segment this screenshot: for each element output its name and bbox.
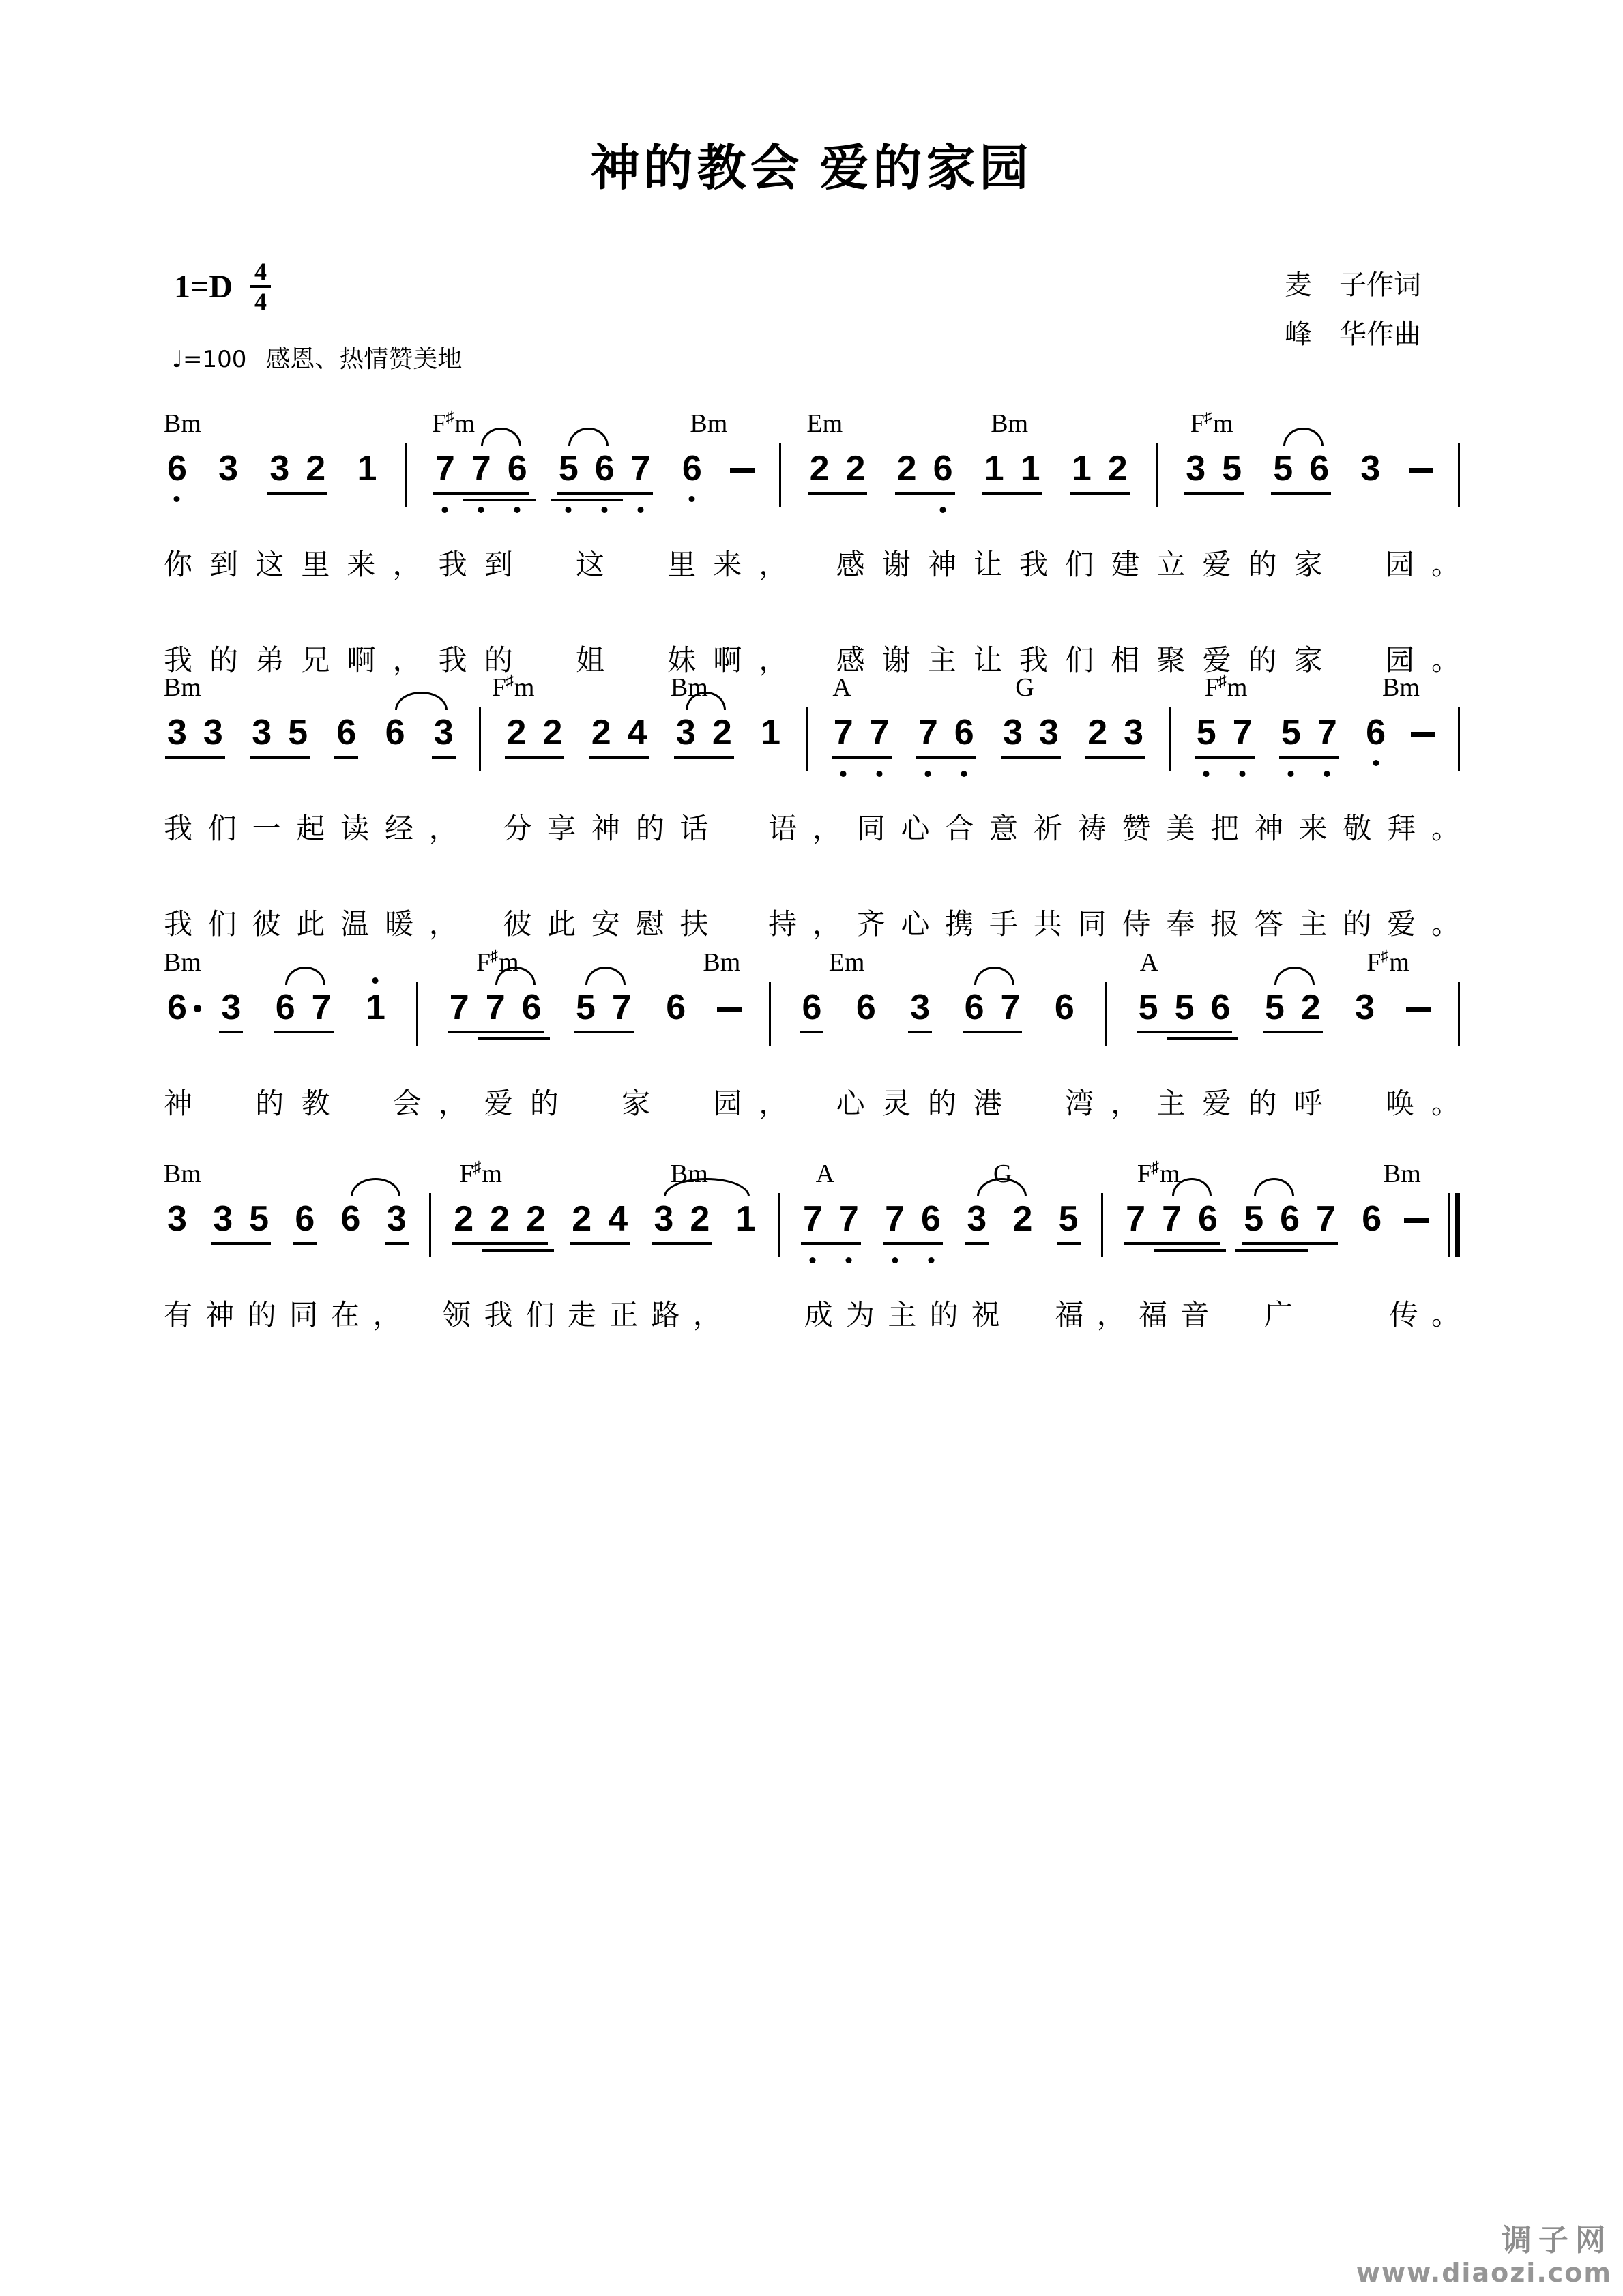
note-digit: 5 (1197, 713, 1216, 752)
note-digit: 2 (897, 449, 917, 488)
note: 7 (1314, 713, 1341, 752)
chord-label: A (816, 1159, 834, 1189)
note-digit: 7 (631, 449, 651, 488)
low-octave-dot (1288, 771, 1294, 777)
beam-group: 23 (1084, 713, 1147, 752)
eighth-beam (219, 1031, 243, 1033)
note: 7 (881, 1200, 908, 1238)
note: 5 (1240, 1200, 1267, 1238)
note-digit: 6 (522, 988, 542, 1027)
note: 5 (246, 1200, 272, 1238)
beam-group: 567 (1240, 1200, 1339, 1238)
sharp-sign: ♯ (445, 409, 454, 426)
beam-group: 57 (572, 988, 635, 1027)
beam-group: 76 (915, 713, 978, 752)
beam-group: 776 (432, 450, 531, 488)
note-digit: 2 (712, 713, 732, 752)
note: 5 (572, 988, 599, 1027)
note-digit: 2 (690, 1199, 710, 1239)
credits: 麦 子作词 峰 华作曲 (1285, 261, 1421, 359)
beam-group: 776 (1122, 1200, 1221, 1238)
note: 1 (733, 1200, 759, 1238)
note-digit: 3 (1360, 449, 1380, 488)
eighth-beam (674, 756, 734, 759)
note-digit: 2 (1012, 1199, 1032, 1239)
note-digit: 3 (203, 713, 223, 752)
note-digit: 2 (306, 449, 325, 488)
note-digit: 6 (385, 713, 405, 752)
barline (1169, 707, 1171, 771)
note: 2 (523, 1200, 549, 1238)
note-digit: 7 (870, 713, 890, 752)
note: 6 (382, 713, 409, 752)
beam-group: 56 (1270, 450, 1332, 488)
note-digit: 3 (1039, 713, 1059, 752)
beam-group: 57 (1278, 713, 1341, 752)
lyrics-line: 我们一起读经， 分享神的话 语，同心合意祈祷赞美把神来敬拜。 (164, 808, 1460, 895)
note: 3 (1120, 713, 1147, 752)
note: 3 (1351, 988, 1378, 1027)
chord-label: Bm (164, 947, 201, 977)
chord-label: Bm (1382, 673, 1420, 703)
low-octave-dot (1373, 760, 1379, 766)
note-digit: 2 (572, 1199, 591, 1239)
low-octave-dot (940, 507, 946, 513)
note: 6 (930, 450, 956, 488)
watermark-site-url: www.diaozi.com (1356, 2258, 1612, 2288)
watermark-site-name: 调子网 (1356, 2224, 1612, 2258)
eighth-beam (211, 1242, 271, 1245)
note-digit: 1 (984, 449, 1004, 488)
note-digit: 2 (1301, 988, 1321, 1027)
note-digit: 6 (1309, 449, 1329, 488)
final-double-barline (1448, 1193, 1460, 1257)
sixteenth-beam (551, 499, 587, 501)
note-row: 6332177656762226111235563 (164, 450, 1460, 520)
note-digit: 6 (1198, 1199, 1218, 1239)
note: 2 (450, 1200, 477, 1238)
note-digit: 1 (736, 1199, 756, 1239)
beam-group: 67 (272, 988, 335, 1027)
chord-label: Bm (1384, 1159, 1421, 1189)
note: 3 (1182, 450, 1209, 488)
note: 7 (1229, 713, 1256, 752)
low-octave-dot (928, 1257, 934, 1263)
low-octave-dot (514, 507, 521, 513)
sharp-sign: ♯ (1380, 947, 1388, 965)
note: 7 (1158, 1200, 1185, 1238)
note-digit: 5 (1244, 1199, 1263, 1239)
note: 2 (588, 713, 615, 752)
note: 2 (503, 713, 530, 752)
note-digit: 3 (167, 1199, 187, 1239)
eighth-beam (895, 492, 955, 495)
beam-group: 57 (1193, 713, 1256, 752)
note: 6 (591, 450, 618, 488)
beam-group: 11 (981, 450, 1044, 488)
note-digit: 6 (341, 1199, 361, 1239)
low-octave-dot (442, 507, 448, 513)
chord-label: F♯m (459, 1159, 502, 1189)
low-octave-dot (810, 1257, 816, 1263)
low-octave-dot (846, 1257, 852, 1263)
note-digit: 7 (885, 1199, 905, 1239)
note-digit: 3 (221, 988, 241, 1027)
low-octave-dot (925, 771, 931, 777)
note-digit: 7 (450, 988, 469, 1027)
beam-group: 35 (248, 713, 311, 752)
note: 7 (997, 988, 1024, 1027)
note: 6 (164, 988, 190, 1027)
eighth-beam (965, 1242, 989, 1245)
time-signature-numerator: 4 (250, 259, 271, 288)
note: 5 (1261, 988, 1288, 1027)
sharp-sign: ♯ (506, 673, 514, 690)
eighth-beam (385, 1242, 409, 1245)
chord-label: A (1140, 947, 1158, 977)
sixteenth-beam (478, 1037, 514, 1040)
eighth-beam (800, 1031, 824, 1033)
note-digit: 6 (336, 713, 356, 752)
note: 2 (894, 450, 920, 488)
sixteenth-beam (1190, 1249, 1226, 1252)
chord-label: G (1015, 673, 1034, 703)
duration-dash (1411, 732, 1435, 737)
beam-group: 24 (588, 713, 651, 752)
eighth-beam (165, 756, 225, 759)
low-octave-dot (961, 771, 967, 777)
eighth-beam (982, 492, 1042, 495)
eighth-beam (963, 1031, 1023, 1033)
low-octave-dot (478, 507, 484, 513)
note: 1 (1017, 450, 1044, 488)
beam-group: 24 (568, 1200, 631, 1238)
eighth-beam (570, 1242, 630, 1245)
note: 2 (1084, 713, 1111, 752)
note: 2 (709, 713, 735, 752)
chord-label: Bm (690, 409, 727, 439)
low-octave-dot (1240, 771, 1246, 777)
note: 6 (1358, 1200, 1385, 1238)
music-system-3: BmF♯mBmEmAF♯m63671776576663676556523神 的教… (164, 938, 1460, 1170)
note: 6 (291, 1200, 318, 1238)
lyrics-line: 有神的同在， 领我们走正路， 成为主的祝 福，福音 广 传。 (164, 1294, 1460, 1381)
beam-group: 35 (209, 1200, 272, 1238)
note: 3 (907, 988, 933, 1027)
note-digit: 5 (1265, 988, 1285, 1027)
note: 6 (272, 988, 299, 1027)
beam-group: 12 (1068, 450, 1131, 488)
note-digit: 5 (1139, 988, 1158, 1027)
beam-group: 76 (881, 1200, 944, 1238)
eighth-beam (652, 1242, 712, 1245)
note: 3 (164, 713, 190, 752)
eighth-beam (808, 492, 868, 495)
note-digit: 6 (167, 988, 187, 1027)
note-digit: 3 (252, 713, 272, 752)
chord-label: F♯m (432, 409, 475, 439)
barline (779, 443, 781, 507)
duration-dash (717, 1007, 742, 1012)
eighth-beam (1137, 1031, 1233, 1033)
note-digit: 2 (845, 449, 865, 488)
note-digit: 6 (276, 988, 295, 1027)
note: 6 (1306, 450, 1332, 488)
note: 2 (1009, 1200, 1036, 1238)
sharp-sign: ♯ (1151, 1159, 1159, 1177)
low-octave-dot (1203, 771, 1210, 777)
note-digit: 6 (682, 449, 702, 488)
chord-label: F♯m (1205, 673, 1248, 703)
beam-group: 32 (650, 1200, 713, 1238)
low-octave-dot (602, 507, 608, 513)
low-octave-dot (877, 771, 883, 777)
note-digit: 5 (249, 1199, 269, 1239)
time-signature: 4 4 (250, 259, 271, 314)
sixteenth-beam (1272, 1249, 1308, 1252)
beam-group: 33 (999, 713, 1062, 752)
note: 5 (555, 450, 582, 488)
barline (416, 982, 418, 1046)
note: 6 (504, 450, 531, 488)
eighth-beam (832, 756, 892, 759)
chord-label: Bm (703, 947, 740, 977)
sixteenth-beam (499, 499, 536, 501)
low-octave-dot (1324, 771, 1330, 777)
beam-group: 52 (1261, 988, 1324, 1027)
note: 6 (961, 988, 988, 1027)
barline (1458, 982, 1460, 1046)
note-digit: 2 (810, 449, 830, 488)
beam-group: 567 (555, 450, 654, 488)
watermark: 调子网 www.diaozi.com (1356, 2224, 1612, 2288)
composer-credit: 峰 华作曲 (1285, 310, 1421, 359)
note: 5 (1135, 988, 1162, 1027)
note: 1 (362, 988, 389, 1027)
eighth-beam (448, 1031, 544, 1033)
note: 6 (338, 1200, 364, 1238)
note: 2 (302, 450, 329, 488)
note-digit: 7 (312, 988, 332, 1027)
sixteenth-beam (1235, 1249, 1272, 1252)
chord-label: F♯m (1137, 1159, 1180, 1189)
note: 1 (1068, 450, 1095, 488)
barline (806, 707, 808, 771)
note-digit: 5 (1175, 988, 1195, 1027)
barline (1156, 443, 1158, 507)
note: 3 (650, 1200, 677, 1238)
music-system-4: BmF♯mBmAGF♯mBm33566322224321777632577656… (164, 1149, 1460, 1381)
note: 2 (486, 1200, 513, 1238)
sixteenth-beam (1203, 1037, 1239, 1040)
note: 6 (679, 450, 705, 488)
note: 2 (806, 450, 833, 488)
note: 5 (1218, 450, 1245, 488)
duration-dash (1404, 1218, 1429, 1223)
note-digit: 2 (454, 1199, 473, 1239)
note-digit: 2 (542, 713, 562, 752)
note: 3 (1357, 450, 1384, 488)
eighth-beam (1242, 1242, 1338, 1245)
sixteenth-beam (514, 1037, 550, 1040)
high-octave-dot (372, 977, 379, 984)
note: 7 (308, 988, 335, 1027)
note: 3 (430, 713, 457, 752)
note-digit: 2 (507, 713, 527, 752)
note-row: 63671776576663676556523 (164, 988, 1460, 1059)
note: 3 (266, 450, 293, 488)
low-octave-dot (840, 771, 847, 777)
note: 7 (468, 450, 495, 488)
note-digit: 2 (591, 713, 611, 752)
barline (1105, 982, 1107, 1046)
sixteenth-beam (1154, 1249, 1190, 1252)
beam-group: 67 (961, 988, 1024, 1027)
note-digit: 6 (167, 449, 187, 488)
lyrics-line: 你到这里来，我到 这 里来， 感谢神让我们建立爱的家 园。 (164, 544, 1460, 631)
sharp-sign: ♯ (473, 1159, 481, 1177)
note: 5 (1055, 1200, 1082, 1238)
key-signature: 1=D (174, 268, 233, 306)
barline (778, 1193, 780, 1257)
note-digit: 2 (490, 1199, 510, 1239)
note: 4 (604, 1200, 631, 1238)
duration-dash (730, 468, 755, 473)
note-digit: 1 (1021, 449, 1040, 488)
sixteenth-beam (463, 499, 499, 501)
note-digit: 3 (387, 1199, 407, 1239)
note: 6 (1208, 988, 1234, 1027)
note: 7 (1122, 1200, 1149, 1238)
chord-label: F♯m (1366, 947, 1409, 977)
chord-label: Em (829, 947, 865, 977)
note: 6 (853, 988, 879, 1027)
note: 3 (999, 713, 1026, 752)
note-digit: 6 (295, 1199, 315, 1239)
barline (1458, 443, 1460, 507)
note: 3 (215, 450, 242, 488)
eighth-beam (1070, 492, 1130, 495)
note-digit: 6 (921, 1199, 941, 1239)
eighth-beam (334, 756, 358, 759)
eighth-beam (505, 756, 565, 759)
beam-group: 77 (830, 713, 893, 752)
eighth-beam (1195, 756, 1255, 759)
note-digit: 7 (471, 449, 491, 488)
note-digit: 6 (1211, 988, 1231, 1027)
beam-group: 32 (673, 713, 735, 752)
sharp-sign: ♯ (1218, 673, 1227, 690)
note-digit: 7 (1317, 713, 1337, 752)
note: 7 (830, 713, 857, 752)
barline (405, 443, 407, 507)
note: 7 (446, 988, 473, 1027)
expression-text: 感恩、热情赞美地 (265, 340, 462, 374)
duration-dash (1406, 1007, 1431, 1012)
note-digit: 7 (435, 449, 455, 488)
note-digit: 3 (269, 449, 289, 488)
note-digit: 3 (1186, 449, 1205, 488)
note-digit: 7 (1001, 988, 1021, 1027)
chord-label: Bm (164, 1159, 201, 1189)
chord-label: A (832, 673, 851, 703)
note: 3 (963, 1200, 990, 1238)
low-octave-dot (689, 496, 695, 502)
eighth-beam (1263, 1031, 1323, 1033)
lyricist-credit: 麦 子作词 (1285, 261, 1421, 310)
sixteenth-beam (518, 1249, 554, 1252)
note: 5 (1171, 988, 1198, 1027)
eighth-beam (267, 492, 327, 495)
note-digit: 6 (1280, 1199, 1300, 1239)
note-digit: 1 (366, 988, 385, 1027)
barline (479, 707, 481, 771)
note: 3 (673, 713, 699, 752)
eighth-beam (1279, 756, 1339, 759)
note-digit: 7 (1126, 1199, 1145, 1239)
note: 7 (432, 450, 458, 488)
note: 5 (284, 713, 311, 752)
note-digit: 3 (1355, 988, 1375, 1027)
chord-row: BmF♯mBmEmAF♯m (164, 938, 1460, 977)
note-digit: 1 (357, 449, 377, 488)
note: 6 (918, 1200, 944, 1238)
note: 6 (662, 988, 689, 1027)
augmentation-dot (194, 1005, 201, 1012)
sheet-music-page: 神的教会 爱的家园 1=D 4 4 ♩=100 感恩、热情赞美地 麦 子作词 峰… (0, 0, 1623, 2296)
note: 6 (1276, 1200, 1303, 1238)
eighth-beam (1085, 756, 1145, 759)
note-digit: 3 (1124, 713, 1143, 752)
chord-label: F♯m (492, 673, 535, 703)
chord-label: Bm (991, 409, 1028, 439)
note: 3 (200, 713, 226, 752)
note: 6 (1051, 988, 1078, 1027)
note: 2 (1105, 450, 1131, 488)
eighth-beam (1057, 1242, 1081, 1245)
note: 1 (353, 450, 380, 488)
note: 3 (218, 988, 244, 1027)
note: 6 (164, 450, 190, 488)
note-digit: 6 (1055, 988, 1074, 1027)
barline (429, 1193, 431, 1257)
beam-group: 35 (1182, 450, 1245, 488)
low-octave-dot (892, 1257, 898, 1263)
note-digit: 7 (1162, 1199, 1182, 1239)
note-digit: 4 (628, 713, 647, 752)
sixteenth-beam (482, 1249, 518, 1252)
time-signature-denominator: 4 (254, 288, 267, 314)
note-digit: 3 (213, 1199, 233, 1239)
tempo-marking: ♩=100 (172, 346, 246, 373)
note-row: 333566322243217776332357576 (164, 713, 1460, 784)
note-digit: 6 (954, 713, 974, 752)
note-digit: 3 (676, 713, 696, 752)
note-digit: 1 (761, 713, 780, 752)
note-digit: 4 (608, 1199, 628, 1239)
note: 7 (866, 713, 893, 752)
eighth-beam (908, 1031, 932, 1033)
note: 6 (1362, 713, 1389, 752)
note-digit: 6 (508, 449, 527, 488)
note-digit: 3 (1003, 713, 1023, 752)
chord-label: F♯m (1190, 409, 1233, 439)
beam-group: 33 (164, 713, 226, 752)
note: 2 (568, 1200, 595, 1238)
note: 1 (757, 713, 784, 752)
note: 7 (1313, 1200, 1339, 1238)
note-digit: 6 (666, 988, 686, 1027)
